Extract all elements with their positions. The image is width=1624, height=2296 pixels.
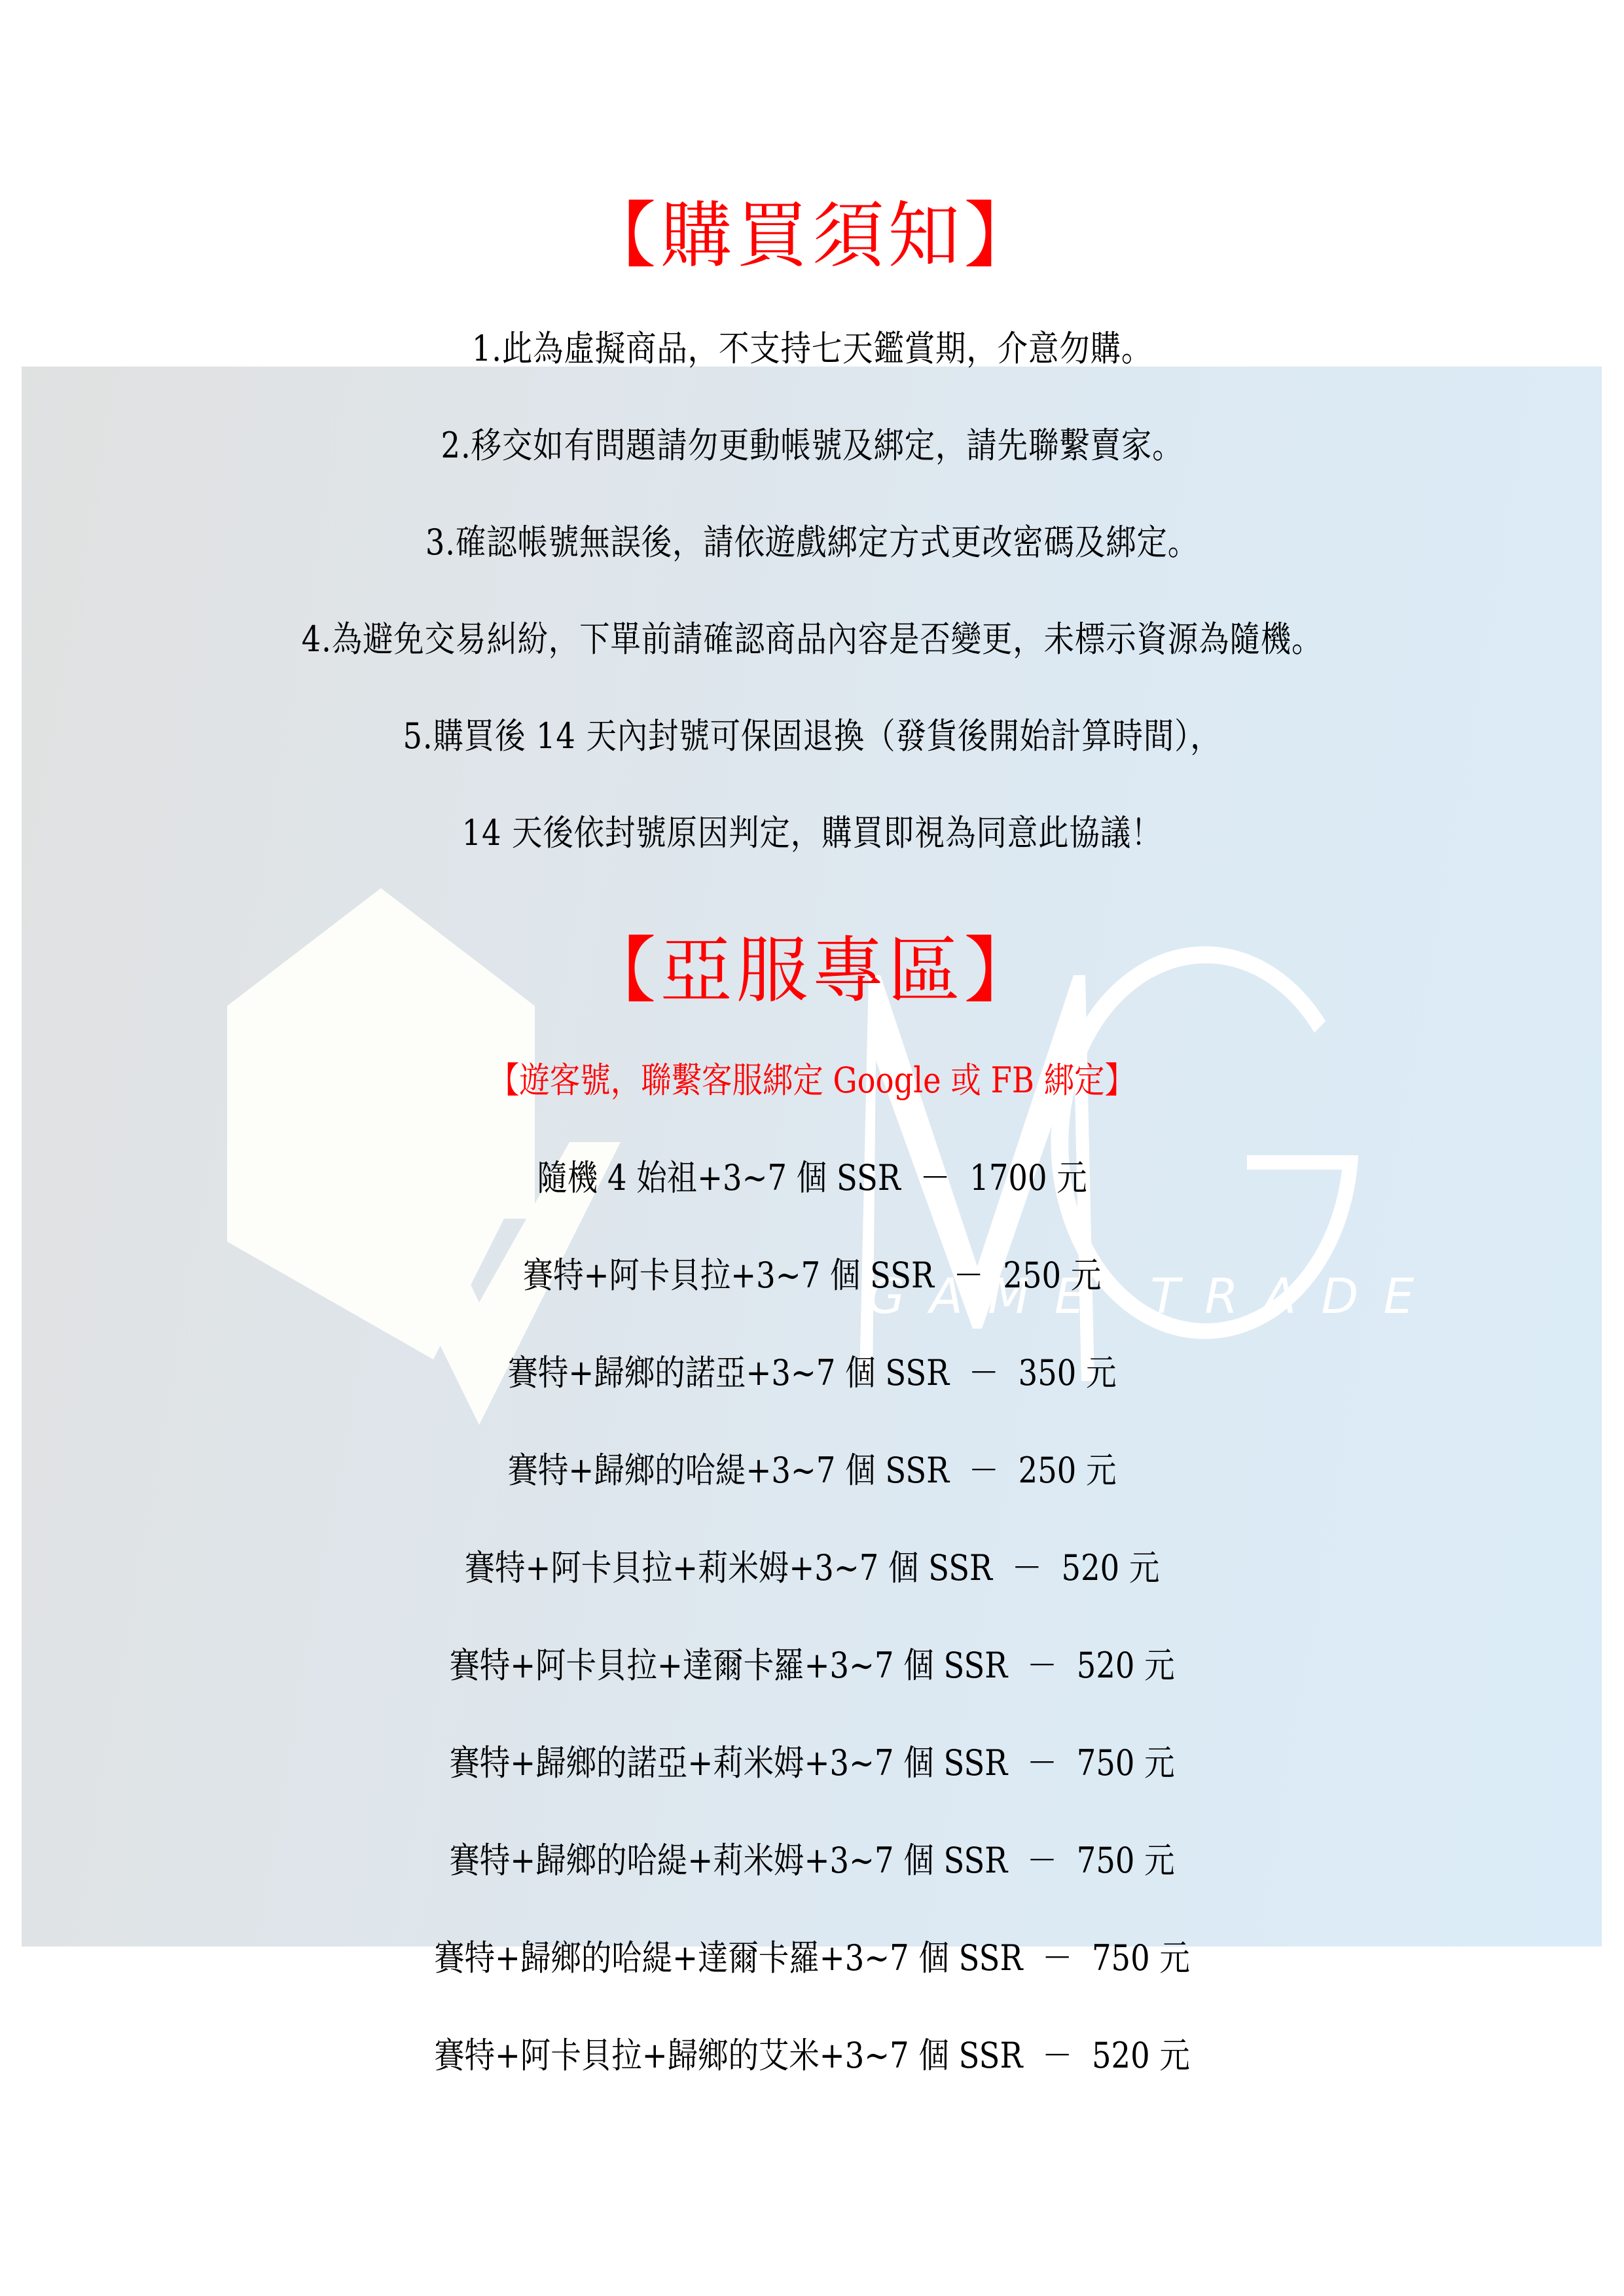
price-currency: 元: [1129, 1547, 1159, 1588]
product-name: 賽特+歸鄉的哈緹+莉米姆+3~7 個 SSR: [449, 1840, 1007, 1881]
asia-server-title: 【亞服專區】: [0, 913, 1624, 1016]
product-name: 賽特+阿卡貝拉+莉米姆+3~7 個 SSR: [465, 1547, 992, 1588]
product-row: 賽特+歸鄉的哈緹+3~7 個 SSR － 250 元: [114, 1443, 1511, 1493]
price-currency: 元: [1144, 1645, 1174, 1686]
price-separator: －: [920, 1157, 950, 1198]
product-row: 隨機 4 始祖+3~7 個 SSR － 1700 元: [114, 1150, 1511, 1200]
product-row: 賽特+歸鄉的諾亞+3~7 個 SSR － 350 元: [114, 1345, 1511, 1395]
price-currency: 元: [1056, 1157, 1087, 1198]
product-price: 1700: [969, 1157, 1047, 1198]
product-price: 250: [1019, 1450, 1077, 1491]
product-name: 賽特+歸鄉的哈緹+達爾卡羅+3~7 個 SSR: [434, 1937, 1022, 1979]
price-separator: －: [1027, 1840, 1057, 1881]
price-currency: 元: [1086, 1352, 1116, 1393]
price-separator: －: [1042, 2035, 1072, 2076]
product-name: 賽特+阿卡貝拉+歸鄉的艾米+3~7 個 SSR: [434, 2035, 1022, 2076]
price-separator: －: [1027, 1742, 1057, 1784]
notice-item-5: 5.購買後 14 天內封號可保固退換（發貨後開始計算時間），: [114, 708, 1511, 759]
asia-server-subtitle: 【遊客號，聯繫客服綁定 Google 或 FB 綁定】: [114, 1052, 1511, 1103]
price-separator: －: [1012, 1547, 1042, 1588]
price-currency: 元: [1159, 2035, 1189, 2076]
product-name: 賽特+阿卡貝拉+達爾卡羅+3~7 個 SSR: [449, 1645, 1007, 1686]
price-currency: 元: [1144, 1742, 1174, 1784]
price-currency: 元: [1086, 1450, 1116, 1491]
product-name: 賽特+阿卡貝拉+3~7 個 SSR: [523, 1255, 934, 1296]
notice-item-4: 4.為避免交易糾紛，下單前請確認商品內容是否變更，未標示資源為隨機。: [114, 611, 1511, 662]
price-currency: 元: [1159, 1937, 1189, 1979]
price-separator: －: [969, 1450, 999, 1491]
price-separator: －: [969, 1352, 999, 1393]
product-price: 250: [1003, 1255, 1061, 1296]
product-price: 750: [1077, 1742, 1135, 1784]
product-name: 賽特+歸鄉的諾亞+莉米姆+3~7 個 SSR: [449, 1742, 1007, 1784]
product-row: 賽特+阿卡貝拉+莉米姆+3~7 個 SSR － 520 元: [114, 1540, 1511, 1590]
product-row: 賽特+阿卡貝拉+歸鄉的艾米+3~7 個 SSR － 520 元: [114, 2028, 1511, 2078]
product-row: 賽特+歸鄉的哈緹+莉米姆+3~7 個 SSR － 750 元: [114, 1833, 1511, 1883]
product-price: 520: [1092, 2035, 1150, 2076]
notice-item-3: 3.確認帳號無誤後，請依遊戲綁定方式更改密碼及綁定。: [114, 514, 1511, 565]
product-row: 賽特+歸鄉的諾亞+莉米姆+3~7 個 SSR － 750 元: [114, 1735, 1511, 1785]
price-separator: －: [1027, 1645, 1057, 1686]
product-row: 賽特+阿卡貝拉+3~7 個 SSR － 250 元: [114, 1247, 1511, 1298]
notice-item-1: 1.此為虛擬商品，不支持七天鑑賞期，介意勿購。: [114, 321, 1511, 371]
price-separator: －: [953, 1255, 983, 1296]
product-price: 350: [1019, 1352, 1077, 1393]
product-price: 750: [1077, 1840, 1135, 1881]
product-name: 隨機 4 始祖+3~7 個 SSR: [537, 1157, 900, 1198]
price-currency: 元: [1144, 1840, 1174, 1881]
price-currency: 元: [1071, 1255, 1101, 1296]
purchase-notice-title: 【購買須知】: [0, 178, 1624, 281]
product-row: 賽特+阿卡貝拉+達爾卡羅+3~7 個 SSR － 520 元: [114, 1638, 1511, 1688]
notice-item-2: 2.移交如有問題請勿更動帳號及綁定，請先聯繫賣家。: [114, 418, 1511, 468]
product-row: 賽特+歸鄉的哈緹+達爾卡羅+3~7 個 SSR － 750 元: [114, 1930, 1511, 1981]
product-name: 賽特+歸鄉的哈緹+3~7 個 SSR: [507, 1450, 949, 1491]
notice-item-6: 14 天後依封號原因判定，購買即視為同意此協議！: [114, 805, 1511, 855]
product-name: 賽特+歸鄉的諾亞+3~7 個 SSR: [507, 1352, 949, 1393]
product-price: 520: [1062, 1547, 1120, 1588]
price-separator: －: [1042, 1937, 1072, 1979]
product-price: 750: [1092, 1937, 1150, 1979]
product-price: 520: [1077, 1645, 1135, 1686]
